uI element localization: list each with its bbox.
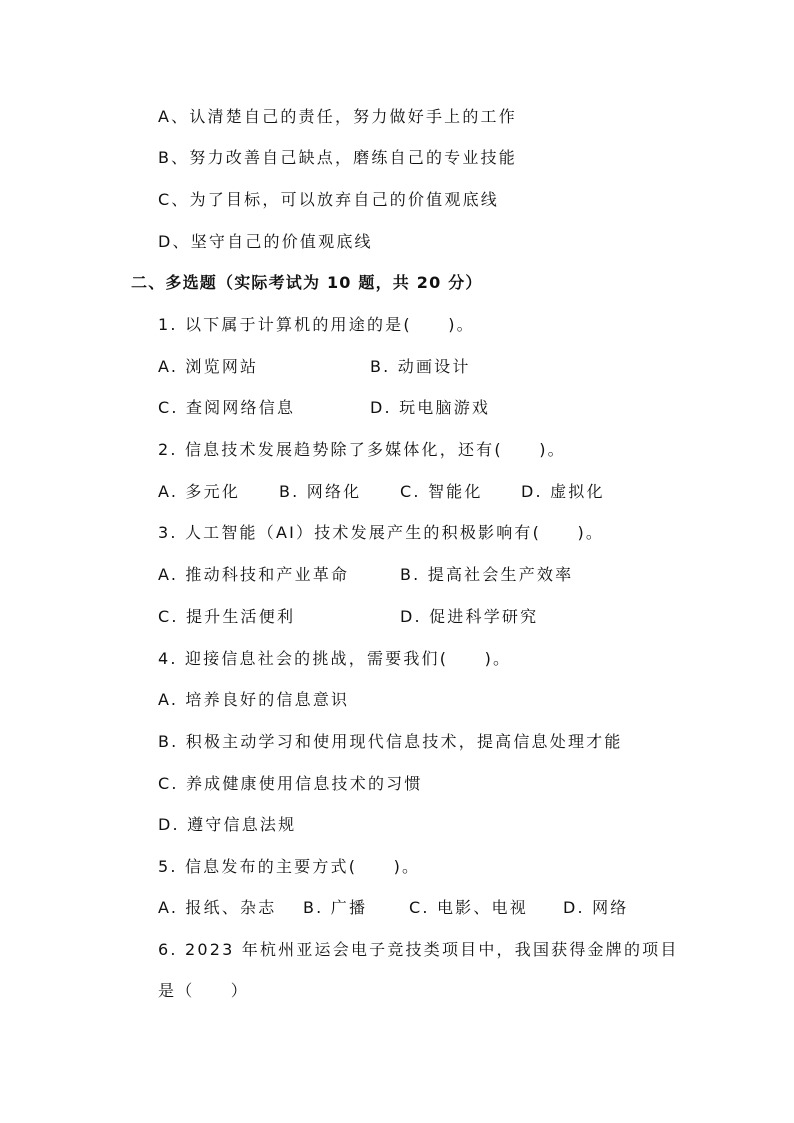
prev-option-c: C、为了目标，可以放弃自己的价值观底线 <box>158 189 499 211</box>
question-5-option-c: C. 电影、电视 <box>409 897 528 919</box>
question-4-option-b: B. 积极主动学习和使用现代信息技术，提高信息处理才能 <box>158 731 623 753</box>
question-1-option-b: B. 动画设计 <box>370 356 471 378</box>
question-1-option-a: A. 浏览网站 <box>158 356 258 378</box>
question-3-option-d: D. 促进科学研究 <box>400 606 538 628</box>
prev-option-b: B、努力改善自己缺点，磨练自己的专业技能 <box>158 147 517 169</box>
question-6-stem-line-2: 是（ ） <box>158 980 249 1002</box>
question-1-stem: 1. 以下属于计算机的用途的是( )。 <box>158 314 475 336</box>
question-4-option-c: C. 养成健康使用信息技术的习惯 <box>158 773 423 795</box>
question-3-option-a: A. 推动科技和产业革命 <box>158 564 349 586</box>
question-5-option-a: A. 报纸、杂志 <box>158 897 276 919</box>
question-3-stem: 3. 人工智能（AI）技术发展产生的积极影响有( )。 <box>158 522 604 544</box>
question-2-option-d: D. 虚拟化 <box>521 481 605 503</box>
question-4-stem: 4. 迎接信息社会的挑战，需要我们( )。 <box>158 648 511 670</box>
section-title: 二、多选题（实际考试为 10 题，共 20 分） <box>131 272 483 294</box>
question-2-option-c: C. 智能化 <box>400 481 483 503</box>
question-5-stem: 5. 信息发布的主要方式( )。 <box>158 856 420 878</box>
prev-option-a: A、认清楚自己的责任，努力做好手上的工作 <box>158 106 517 128</box>
question-6-stem-line-1: 6. 2023 年杭州亚运会电子竞技类项目中，我国获得金牌的项目 <box>158 939 679 961</box>
question-1-option-d: D. 玩电脑游戏 <box>370 397 490 419</box>
question-4-option-d: D. 遵守信息法规 <box>158 814 296 836</box>
question-1-option-c: C. 查阅网络信息 <box>158 397 295 419</box>
question-5-option-d: D. 网络 <box>563 897 629 919</box>
question-2-stem: 2. 信息技术发展趋势除了多媒体化，还有( )。 <box>158 439 566 461</box>
question-4-option-a: A. 培养良好的信息意识 <box>158 689 349 711</box>
document-page: A、认清楚自己的责任，努力做好手上的工作 B、努力改善自己缺点，磨练自己的专业技… <box>0 0 794 1123</box>
question-3-option-b: B. 提高社会生产效率 <box>400 564 573 586</box>
question-5-option-b: B. 广播 <box>303 897 367 919</box>
question-2-option-a: A. 多元化 <box>158 481 240 503</box>
question-2-option-b: B. 网络化 <box>279 481 361 503</box>
prev-option-d: D、坚守自己的价值观底线 <box>158 231 373 253</box>
question-3-option-c: C. 提升生活便利 <box>158 606 295 628</box>
